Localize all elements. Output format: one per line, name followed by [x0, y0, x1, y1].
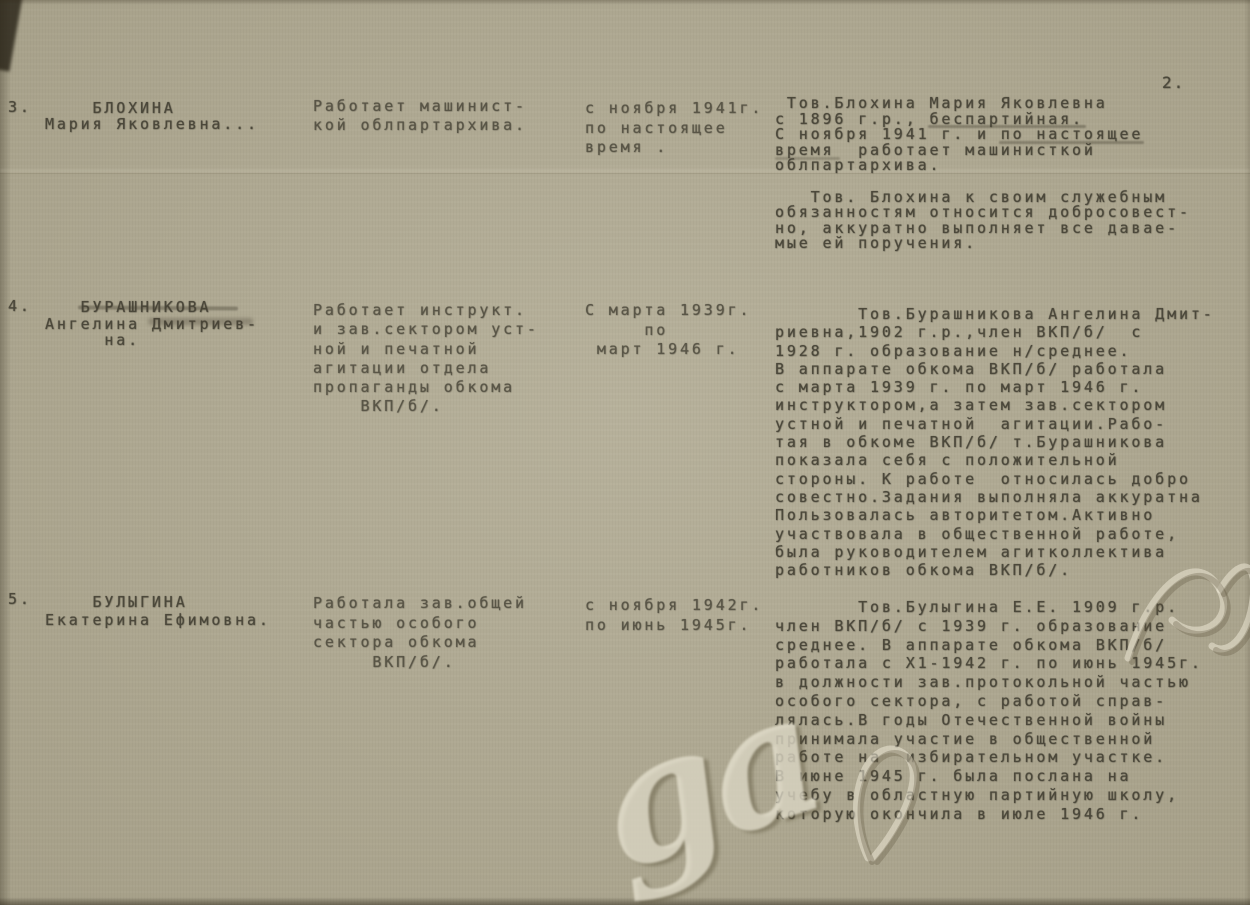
entry-3-period: с ноября 1941г. по настоящее время .: [585, 99, 763, 158]
entry-4-description: Тов.Бурашникова Ангелина Дмит- риевна,19…: [775, 305, 1215, 579]
entry-4-number: 4.: [8, 299, 32, 315]
entry-4-period: С марта 1939г. по март 1946 г.: [585, 301, 751, 360]
ink-smudge: [999, 141, 1144, 144]
entry-5-position: Работала зав.общей частью особого сектор…: [313, 594, 527, 672]
entry-5-description: Тов.Булыгина Е.Е. 1909 г.р. член ВКП/б/ …: [775, 598, 1203, 824]
entry-3-number: 3.: [8, 100, 32, 116]
scan-edge-left: [0, 0, 11, 905]
entry-5-name: БУЛЫГИНА Екатерина Ефимовна.: [45, 594, 271, 629]
entry-3-position: Работает машинист- кой облпартархива.: [313, 97, 527, 136]
scan-corner-shadow: [0, 0, 24, 72]
scan-edge-bottom: [0, 897, 1250, 905]
entry-5-number: 5.: [8, 592, 32, 608]
ink-smudge: [148, 318, 253, 325]
entry-3-name: БЛОХИНА Мария Яковлевна...: [45, 100, 259, 132]
entry-3-description: Тов.Блохина Мария Яковлевна с 1896 г.р.,…: [775, 96, 1191, 252]
entry-5-period: с ноября 1942г. по июнь 1945г.: [585, 595, 763, 635]
scan-edge-right: [1244, 0, 1250, 905]
ink-smudge: [775, 157, 840, 160]
entry-4-position: Работает инструкт. и зав.сектором уст- н…: [313, 301, 539, 417]
scan-edge-top: [0, 0, 1250, 5]
document-page: 2. 3. БЛОХИНА Мария Яковлевна... Работае…: [0, 0, 1250, 905]
page-number: 2.: [1162, 75, 1185, 91]
ink-smudge: [928, 125, 1086, 128]
